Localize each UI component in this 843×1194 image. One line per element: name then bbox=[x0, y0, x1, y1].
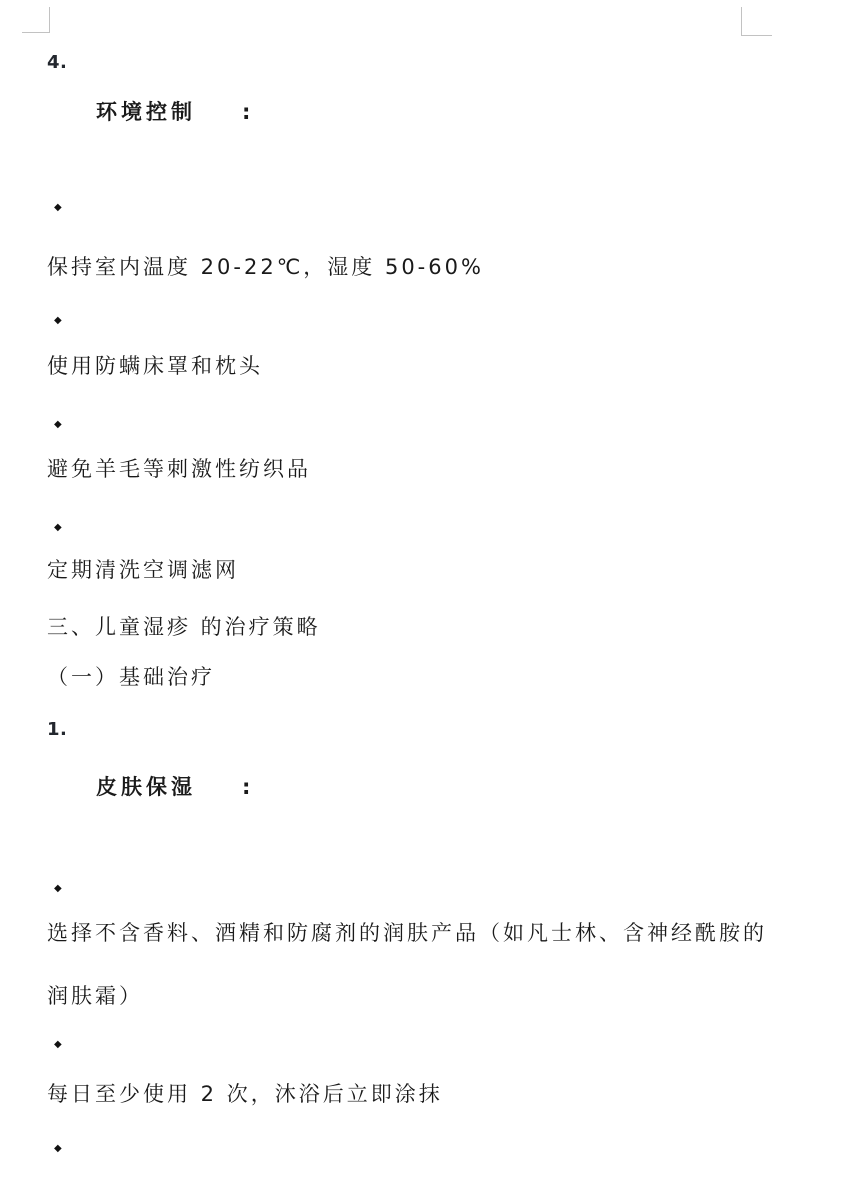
term-label: 环境控制 bbox=[96, 99, 196, 125]
body-line-product-selection: 选择不含香料、酒精和防腐剂的润肤产品（如凡士林、含神经酰胺的 bbox=[47, 920, 767, 946]
term-row-skin-moisturizing: 皮肤保湿 : bbox=[96, 774, 250, 800]
bullet-marker-icon: ◆ bbox=[54, 1144, 62, 1154]
document-page: 4. 环境控制 : ◆ 保持室内温度 20-22℃，湿度 50-60% ◆ 使用… bbox=[0, 0, 843, 1194]
bullet-marker-icon: ◆ bbox=[54, 884, 62, 894]
term-row-environment: 环境控制 : bbox=[96, 99, 250, 125]
body-line-usage-frequency: 每日至少使用 2 次，沐浴后立即涂抹 bbox=[47, 1081, 443, 1107]
text-boundary-corner-right-icon bbox=[741, 7, 772, 36]
body-line-avoid-wool: 避免羊毛等刺激性纺织品 bbox=[47, 456, 311, 482]
bullet-marker-icon: ◆ bbox=[54, 316, 62, 326]
term-colon: : bbox=[242, 774, 250, 800]
bullet-marker-icon: ◆ bbox=[54, 1040, 62, 1050]
body-line-mite-proof-bedding: 使用防螨床罩和枕头 bbox=[47, 353, 263, 379]
bullet-marker-icon: ◆ bbox=[54, 523, 62, 533]
bullet-marker-icon: ◆ bbox=[54, 203, 62, 213]
list-number-4: 4. bbox=[47, 52, 67, 73]
text-boundary-corner-left-icon bbox=[22, 7, 50, 33]
body-line-product-selection-wrap: 润肤霜） bbox=[47, 983, 143, 1009]
term-label: 皮肤保湿 bbox=[96, 774, 196, 800]
body-line-temperature-humidity: 保持室内温度 20-22℃，湿度 50-60% bbox=[47, 254, 484, 280]
list-number-1: 1. bbox=[47, 719, 67, 740]
section-heading-treatment-strategy: 三、儿童湿疹 的治疗策略 bbox=[47, 614, 321, 640]
term-colon: : bbox=[242, 99, 250, 125]
bullet-marker-icon: ◆ bbox=[54, 420, 62, 430]
body-line-clean-ac-filter: 定期清洗空调滤网 bbox=[47, 557, 239, 583]
subsection-heading-basic-treatment: （一）基础治疗 bbox=[47, 664, 215, 690]
